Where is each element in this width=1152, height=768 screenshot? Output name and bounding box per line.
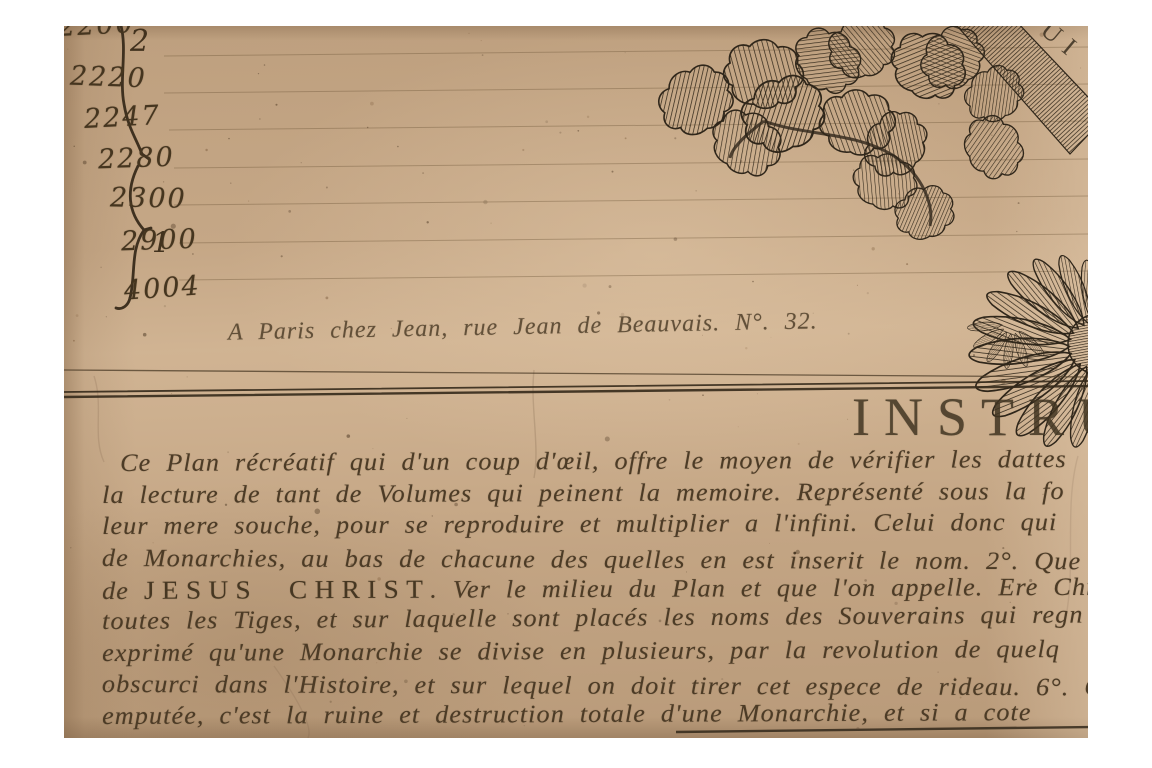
chronology-tick: 2220 [69, 61, 147, 95]
body-line-prefix: de [102, 578, 144, 605]
brace-label-lower: 1 [152, 226, 170, 259]
body-line: emputée, c'est la ruine et destruction t… [102, 699, 1032, 731]
chronology-tick: 2280 [97, 142, 175, 176]
brace-label-upper: 2 [130, 26, 149, 59]
document-photo: 2200 2220 2247 2280 2300 2900 4004 2 1 U… [64, 26, 1088, 738]
body-line: exprimé qu'une Monarchie se divise en pl… [102, 636, 1060, 668]
body-line: obscurci dans l'Histoire, et sur lequel … [102, 671, 1088, 702]
chronology-tick: 4004 [123, 270, 202, 306]
body-line: leur mere souche, pour se reproduire et … [102, 509, 1057, 541]
body-line: de JESUS CHRIST. Ver le milieu du Plan e… [102, 572, 1088, 606]
section-heading: INSTRUC [852, 386, 1088, 448]
engraved-leaves [649, 26, 1033, 245]
body-line-rest: . Ver le milieu du Plan et que l'on appe… [430, 574, 1088, 604]
jesus-christ-caps: JESUS CHRIST [144, 575, 430, 605]
photo-frame: 2200 2220 2247 2280 2300 2900 4004 2 1 U… [0, 0, 1152, 768]
body-line: Ce Plan récréatif qui d'un coup d'œil, o… [120, 446, 1067, 478]
chronology-tick: 2247 [83, 100, 161, 135]
chronology-tick: 2300 [110, 182, 187, 214]
body-line: la lecture de tant de Volumes qui peinen… [102, 478, 1065, 510]
